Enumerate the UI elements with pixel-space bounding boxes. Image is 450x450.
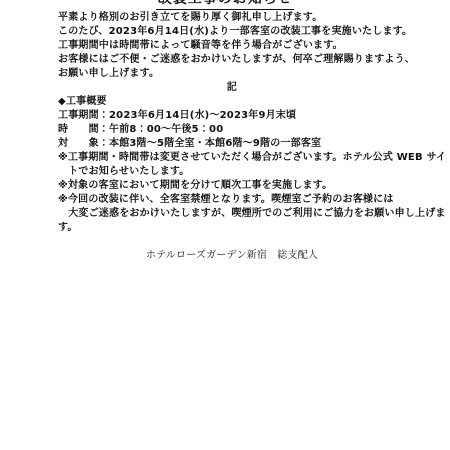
document-title-row: 改装工事のお知らせ bbox=[0, 0, 450, 10]
text-line: 工事期間：2023年6月14日(水)～2023年9月末頃 bbox=[58, 109, 406, 123]
notice-document-page: 改装工事のお知らせ 平素より格別のお引き立てを賜り厚く御礼申し上げます。このたび… bbox=[0, 0, 450, 450]
text-line: ※工事期間・時間帯は変更させていただく場合がございます。ホテル公式 WEB サイ bbox=[58, 151, 406, 165]
document-title: 改装工事のお知らせ bbox=[156, 0, 295, 10]
text-line: ※対象の客室において期間を分けて順次工事を実施します。 bbox=[58, 179, 406, 193]
text-line: お客様にはご不便・ご迷惑をおかけいたしますが、何卒ご理解賜りますよう、 bbox=[58, 53, 406, 67]
text-line: 対 象：本館3階～5階全室・本館6階～9階の一部客室 bbox=[58, 137, 406, 151]
text-line: 工事期間中は時間帯によって騒音等を伴う場合がございます。 bbox=[58, 39, 406, 53]
text-line: トでお知らせいたします。 bbox=[58, 165, 406, 179]
greeting-paragraph: 平素より格別のお引き立てを賜り厚く御礼申し上げます。このたび、2023年6月14… bbox=[58, 11, 406, 81]
signature: ホテルローズガーデン新宿 総支配人 bbox=[58, 249, 406, 263]
text-line: ※今回の改装に伴い、全客室禁煙となります。喫煙室ご予約のお客様には bbox=[58, 193, 406, 207]
document-body: 平素より格別のお引き立てを賜り厚く御礼申し上げます。このたび、2023年6月14… bbox=[58, 11, 406, 263]
construction-details-paragraph: 工事期間：2023年6月14日(水)～2023年9月末頃時 間：午前8：00～午… bbox=[58, 109, 406, 235]
section-heading: ◆工事概要 bbox=[58, 95, 406, 109]
text-line: 平素より格別のお引き立てを賜り厚く御礼申し上げます。 bbox=[58, 11, 406, 25]
text-line: 時 間：午前8：00～午後5：00 bbox=[58, 123, 406, 137]
text-line: 大変ご迷惑をおかけいたしますが、喫煙所でのご利用にご協力をお願い申し上げま bbox=[58, 207, 406, 221]
ki-marker: 記 bbox=[58, 81, 406, 95]
text-line: このたび、2023年6月14日(水)より一部客室の改装工事を実施いたします。 bbox=[58, 25, 406, 39]
blank-line bbox=[58, 235, 406, 249]
text-line: す。 bbox=[58, 221, 406, 235]
text-line: お願い申し上げます。 bbox=[58, 67, 406, 81]
